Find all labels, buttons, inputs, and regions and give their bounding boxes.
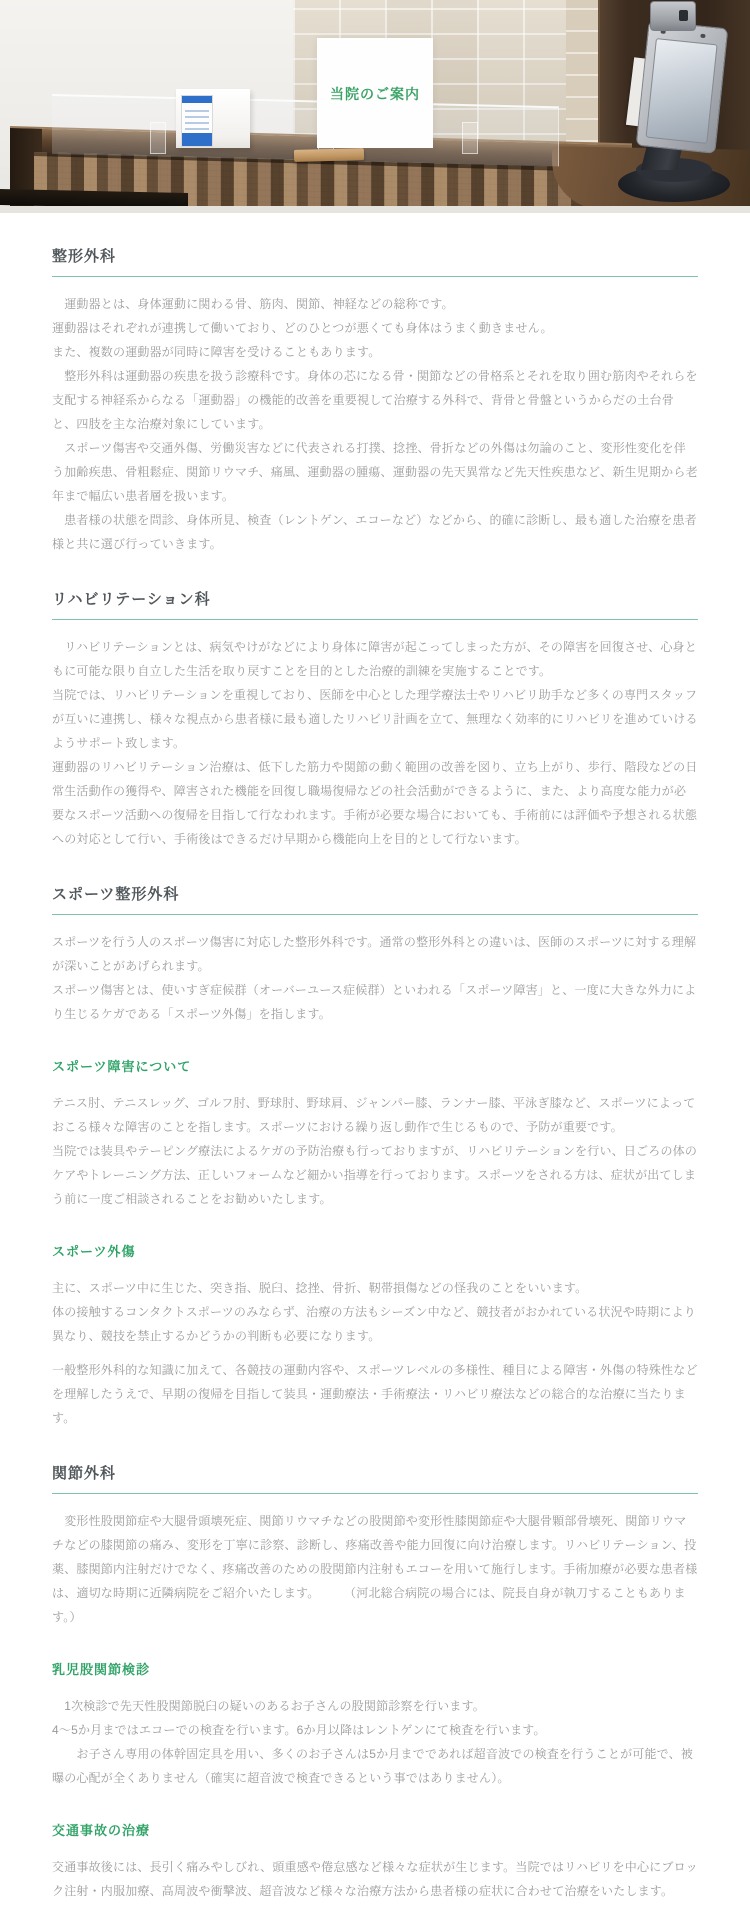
tile-wall-strip — [566, 0, 600, 164]
section-sports-orthopedics: スポーツ整形外科 スポーツを行う人のスポーツ傷害に対応した整形外科です。通常の整… — [52, 885, 698, 1026]
section-title-orthopedics: 整形外科 — [52, 247, 698, 277]
section-body: テニス肘、テニスレッグ、ゴルフ肘、野球肘、野球肩、ジャンパー膝、ランナー膝、平泳… — [52, 1091, 698, 1211]
scanner-screen — [646, 38, 718, 144]
clinic-guide-content: 整形外科 運動器とは、身体運動に関わる骨、筋肉、関節、神経などの総称です。 運動… — [0, 247, 750, 1929]
scanner-camera-module — [650, 1, 696, 31]
floor-strip — [0, 206, 750, 213]
clinic-guide-sign-text: 当院のご案内 — [317, 84, 433, 104]
paragraph: スポーツ傷害や交通外傷、労働災害などに代表される打撲、捻挫、骨折などの外傷は勿論… — [52, 436, 698, 508]
section-body: スポーツを行う人のスポーツ傷害に対応した整形外科です。通常の整形外科との違いは、… — [52, 930, 698, 1026]
wooden-tray — [294, 148, 364, 162]
acrylic-foot — [462, 122, 478, 154]
paragraph: スポーツ傷害とは、使いすぎ症候群（オーバーユース症候群）といわれる「スポーツ障害… — [52, 978, 698, 1026]
paragraph: また、複数の運動器が同時に障害を受けることもあります。 — [52, 340, 698, 364]
section-infant-hip-screening: 乳児股関節検診 1次検診で先天性股関節脱臼の疑いのあるお子さんの股関節診察を行い… — [52, 1661, 698, 1790]
paragraph: 主に、スポーツ中に生じた、突き指、脱臼、捻挫、骨折、靭帯損傷などの怪我のことをい… — [52, 1276, 698, 1300]
paragraph: 体の接触するコンタクトスポーツのみならず、治療の方法もシーズン中など、競技者がお… — [52, 1300, 698, 1348]
paragraph: 一般整形外科的な知識に加えて、各競技の運動内容や、スポーツレベルの多様性、種目に… — [52, 1358, 698, 1430]
section-orthopedics: 整形外科 運動器とは、身体運動に関わる骨、筋肉、関節、神経などの総称です。 運動… — [52, 247, 698, 556]
section-rehabilitation: リハビリテーション科 リハビリテーションとは、病気やけがなどにより身体に障害が起… — [52, 590, 698, 851]
section-title-rehabilitation: リハビリテーション科 — [52, 590, 698, 620]
section-sports-disorder: スポーツ障害について テニス肘、テニスレッグ、ゴルフ肘、野球肘、野球肩、ジャンパ… — [52, 1058, 698, 1211]
section-body: 交通事故後には、長引く痛みやしびれ、頭重感や倦怠感など様々な症状が生じます。当院… — [52, 1855, 698, 1903]
hero-photo: 当院のご案内 — [0, 0, 750, 213]
section-title-sports-orthopedics: スポーツ整形外科 — [52, 885, 698, 915]
scanner-sensor-dot — [700, 34, 705, 39]
camera-lens-icon — [679, 10, 688, 21]
paragraph: 患者様の状態を問診、身体所見、検査（レントゲン、エコーなど）などから、的確に診断… — [52, 508, 698, 556]
section-traffic-accident: 交通事故の治療 交通事故後には、長引く痛みやしびれ、頭重感や倦怠感など様々な症状… — [52, 1822, 698, 1903]
paragraph: 運動器とは、身体運動に関わる骨、筋肉、関節、神経などの総称です。 — [52, 292, 698, 316]
paragraph: 変形性股関節症や大腿骨頭壊死症、関節リウマチなどの股関節や変形性膝関節症や大腿骨… — [52, 1509, 698, 1629]
section-joint-surgery: 関節外科 変形性股関節症や大腿骨頭壊死症、関節リウマチなどの股関節や変形性膝関節… — [52, 1464, 698, 1629]
section-body: 運動器とは、身体運動に関わる骨、筋肉、関節、神経などの総称です。 運動器はそれぞ… — [52, 292, 698, 556]
section-title-traffic-accident: 交通事故の治療 — [52, 1822, 698, 1840]
acrylic-foot — [150, 122, 166, 154]
section-title-joint-surgery: 関節外科 — [52, 1464, 698, 1494]
paragraph: 当院では、リハビリテーションを重視しており、医師を中心とした理学療法士やリハビリ… — [52, 683, 698, 755]
section-body: 1次検診で先天性股関節脱臼の疑いのあるお子さんの股関節診察を行います。 4～5か… — [52, 1694, 698, 1790]
paragraph: 1次検診で先天性股関節脱臼の疑いのあるお子さんの股関節診察を行います。 — [52, 1694, 698, 1718]
brochure-leaflet-textlines — [185, 108, 209, 130]
section-title-sports-injury: スポーツ外傷 — [52, 1243, 698, 1261]
brochure-leaflet-header — [182, 96, 212, 103]
brochure-leaflet-footer — [182, 133, 212, 146]
thermal-scanner-device — [636, 20, 729, 154]
paragraph: テニス肘、テニスレッグ、ゴルフ肘、野球肘、野球肩、ジャンパー膝、ランナー膝、平泳… — [52, 1091, 698, 1139]
section-body: 変形性股関節症や大腿骨頭壊死症、関節リウマチなどの股関節や変形性膝関節症や大腿骨… — [52, 1509, 698, 1629]
clinic-guide-sign: 当院のご案内 — [317, 38, 433, 148]
paragraph: 当院では装具やテーピング療法によるケガの予防治療も行っておりますが、リハビリテー… — [52, 1139, 698, 1211]
section-title-infant-hip-screening: 乳児股関節検診 — [52, 1661, 698, 1679]
section-body: 主に、スポーツ中に生じた、突き指、脱臼、捻挫、骨折、靭帯損傷などの怪我のことをい… — [52, 1276, 698, 1430]
paragraph: リハビリテーションとは、病気やけがなどにより身体に障害が起こってしまった方が、そ… — [52, 635, 698, 683]
paragraph: 運動器はそれぞれが連携して働いており、どのひとつが悪くても身体はうまく動きません… — [52, 316, 698, 340]
section-title-sports-disorder: スポーツ障害について — [52, 1058, 698, 1076]
paragraph: お子さん専用の体幹固定具を用い、多くのお子さんは5か月までであれば超音波での検査… — [52, 1742, 698, 1790]
section-sports-injury: スポーツ外傷 主に、スポーツ中に生じた、突き指、脱臼、捻挫、骨折、靭帯損傷などの… — [52, 1243, 698, 1430]
paragraph: 運動器のリハビリテーション治療は、低下した筋力や関節の動く範囲の改善を図り、立ち… — [52, 755, 698, 851]
paragraph: 4～5か月まではエコーでの検査を行います。6か月以降はレントゲンにて検査を行いま… — [52, 1718, 698, 1742]
section-body: リハビリテーションとは、病気やけがなどにより身体に障害が起こってしまった方が、そ… — [52, 635, 698, 851]
paragraph: 交通事故後には、長引く痛みやしびれ、頭重感や倦怠感など様々な症状が生じます。当院… — [52, 1855, 698, 1903]
paragraph: スポーツを行う人のスポーツ傷害に対応した整形外科です。通常の整形外科との違いは、… — [52, 930, 698, 978]
paragraph: 整形外科は運動器の疾患を扱う診療科です。身体の芯になる骨・関節などの骨格系とそれ… — [52, 364, 698, 436]
